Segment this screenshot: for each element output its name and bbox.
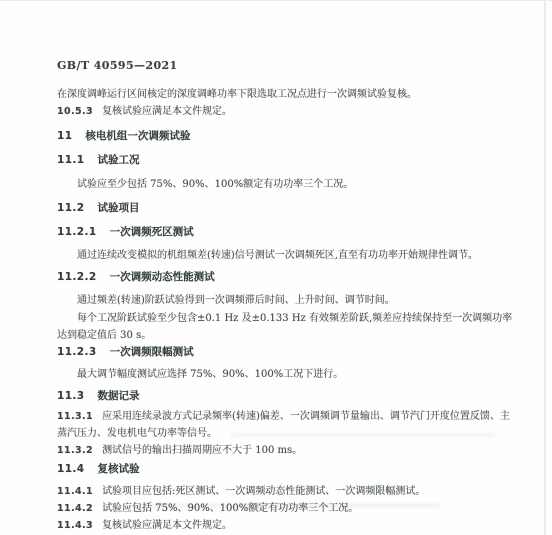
paragraph-11-2-1: 通过连续改变模拟的机组频差(转速)信号测试一次调频死区,直至有功功率开始规律性调… (57, 247, 517, 264)
section-number: 11.2 (57, 202, 85, 214)
doc-code-header: GB/T 40595—2021 (57, 57, 517, 74)
clause-11-4-3: 11.4.3复核试验应满足本文件规定。 (57, 517, 517, 534)
section-title: 数据记录 (98, 390, 140, 402)
section-number: 11.4 (57, 463, 85, 475)
scanned-document-page: GB/T 40595—2021 在深度调峰运行区间核定的深度调峰功率下限选取工况… (0, 0, 552, 535)
section-11-heading: 11核电机组一次调频试验 (57, 128, 517, 145)
section-number: 11 (57, 130, 72, 142)
clause-text: 试验应包括 75%、90%、100%额定有功功率三个工况。 (102, 503, 358, 514)
section-number: 11.2.1 (57, 226, 97, 238)
clause-number: 11.3.2 (57, 445, 93, 456)
clause-11-3-1: 11.3.1应采用连续录波方式记录频率(转速)偏差、一次调频调节量输出、调节汽门… (57, 408, 517, 442)
paragraph-11-1: 试验应至少包括 75%、90%、100%额定有功功率三个工况。 (57, 176, 517, 193)
clause-number: 11.3.1 (57, 411, 93, 422)
paragraph-11-2-2-b: 每个工况阶跃试验至少包含±0.1 Hz 及±0.133 Hz 有效频差阶跃,频差… (57, 310, 517, 344)
section-title: 一次调频动态性能测试 (110, 271, 215, 283)
section-title: 核电机组一次调频试验 (85, 130, 190, 142)
section-11-1-heading: 11.1试验工况 (57, 152, 517, 169)
section-number: 11.2.2 (57, 271, 97, 283)
clause-11-4-1: 11.4.1试验项目应包括:死区测试、一次调频动态性能测试、一次调频限幅测试。 (57, 483, 517, 500)
page-top-edge (0, 0, 552, 1)
clause-number: 10.5.3 (57, 106, 93, 117)
clause-11-3-2: 11.3.2测试信号的输出扫描周期应不大于 100 ms。 (57, 442, 517, 459)
paragraph-11-2-3: 最大调节幅度测试应选择 75%、90%、100%工况下进行。 (57, 366, 517, 383)
section-11-4-heading: 11.4复核试验 (57, 461, 517, 478)
clause-number: 11.4.3 (57, 520, 93, 531)
section-11-3-heading: 11.3数据记录 (57, 388, 517, 405)
section-11-2-heading: 11.2试验项目 (57, 200, 517, 217)
clause-text: 复核试验应满足本文件规定。 (102, 520, 232, 531)
section-number: 11.3 (57, 390, 85, 402)
clause-10-5-3: 10.5.3复核试验应满足本文件规定。 (57, 103, 517, 120)
section-title: 试验工况 (98, 154, 140, 166)
section-title: 复核试验 (98, 463, 140, 475)
clause-number: 11.4.2 (57, 503, 93, 514)
section-number: 11.2.3 (57, 346, 97, 358)
section-title: 试验项目 (98, 202, 140, 214)
section-title: 一次调频死区测试 (110, 226, 194, 238)
clause-11-4-2: 11.4.2试验应包括 75%、90%、100%额定有功功率三个工况。 (57, 500, 517, 517)
carryover-paragraph: 在深度调峰运行区间核定的深度调峰功率下限选取工况点进行一次调频试验复核。 (57, 86, 517, 103)
section-11-2-3-heading: 11.2.3一次调频限幅测试 (57, 344, 517, 361)
section-title: 一次调频限幅测试 (110, 346, 194, 358)
section-11-2-2-heading: 11.2.2一次调频动态性能测试 (57, 269, 517, 286)
clause-text: 复核试验应满足本文件规定。 (102, 106, 232, 117)
paragraph-11-2-2-a: 通过频差(转速)阶跃试验得到一次调频滞后时间、上升时间、调节时间。 (57, 292, 517, 309)
clause-text: 试验项目应包括:死区测试、一次调频动态性能测试、一次调频限幅测试。 (102, 486, 425, 497)
clause-number: 11.4.1 (57, 486, 93, 497)
clause-text: 测试信号的输出扫描周期应不大于 100 ms。 (102, 445, 302, 456)
clause-text: 应采用连续录波方式记录频率(转速)偏差、一次调频调节量输出、调节汽门开度位置反馈… (57, 411, 510, 439)
document-content: GB/T 40595—2021 在深度调峰运行区间核定的深度调峰功率下限选取工况… (57, 57, 517, 534)
section-number: 11.1 (57, 154, 85, 166)
section-11-2-1-heading: 11.2.1一次调频死区测试 (57, 224, 517, 241)
page-right-edge (544, 0, 546, 535)
